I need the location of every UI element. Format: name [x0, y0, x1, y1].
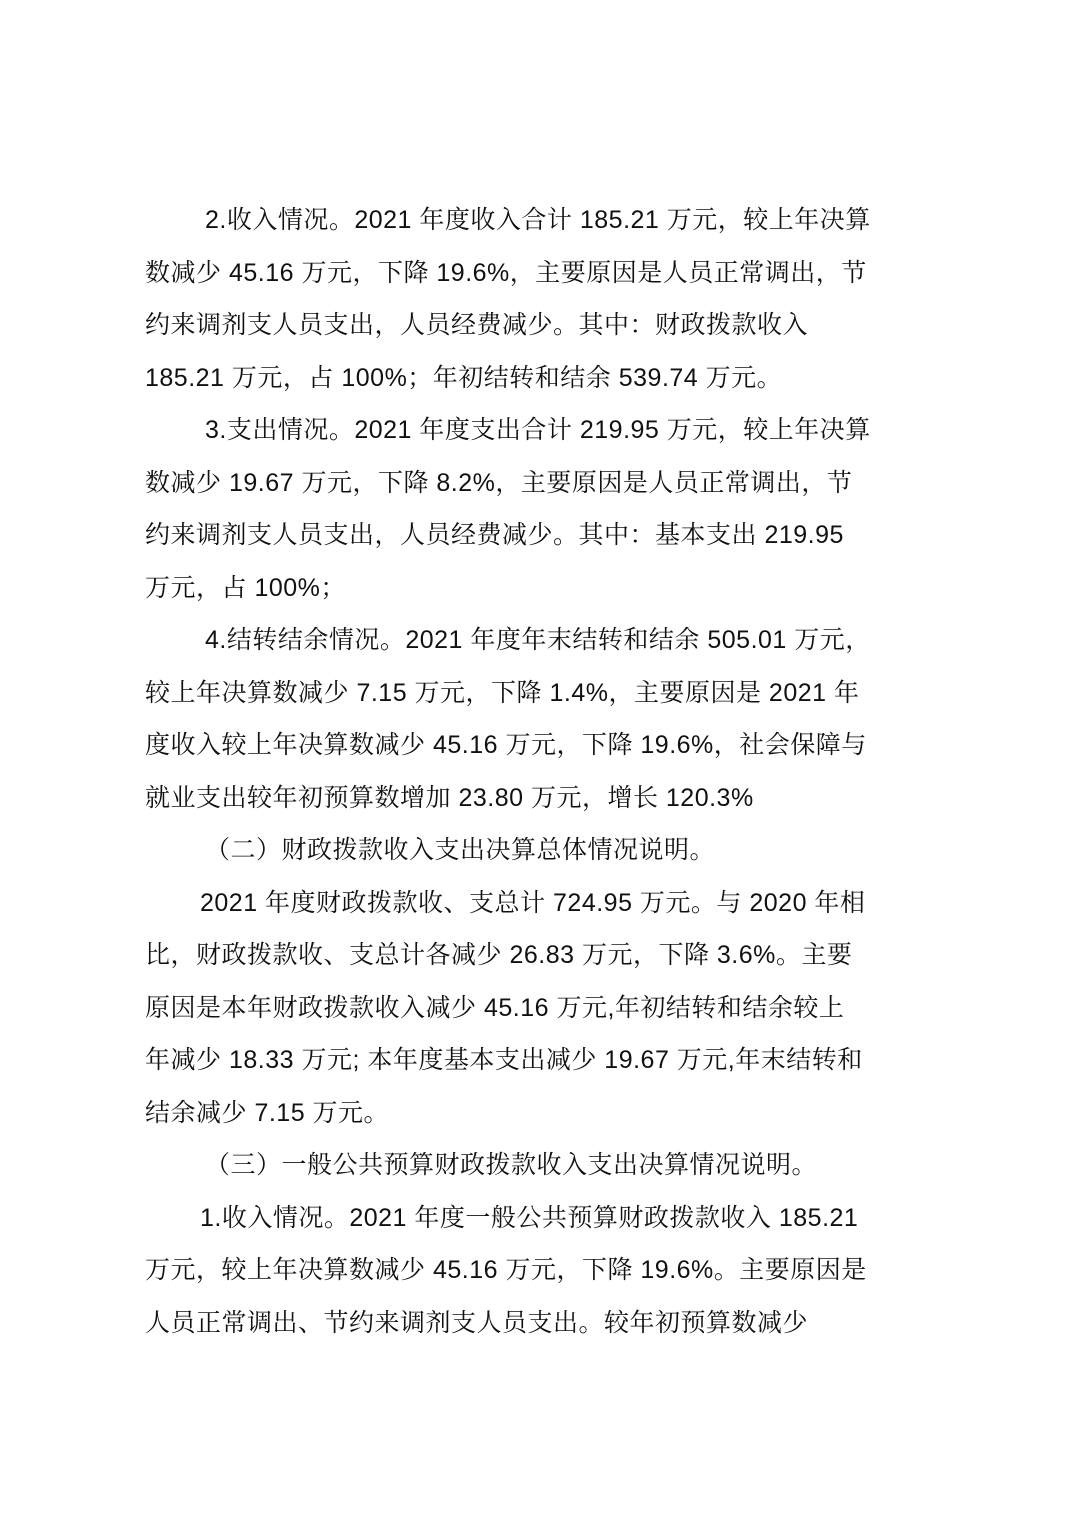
- fiscal-overall-line-4: 年减少 18.33 万元; 本年度基本支出减少 19.67 万元,年末结转和: [145, 1045, 945, 1075]
- section-heading-3: （三）一般公共预算财政拨款收入支出决算情况说明。: [205, 1150, 1005, 1180]
- document-page: 2.收入情况。2021 年度收入合计 185.21 万元，较上年决算 数减少 4…: [0, 0, 1075, 1521]
- income-line-3: 约来调剂支人员支出，人员经费减少。其中：财政拨款收入: [145, 310, 945, 340]
- fiscal-overall-line-1: 2021 年度财政拨款收、支总计 724.95 万元。与 2020 年相: [200, 888, 1000, 918]
- income-line-4: 185.21 万元，占 100%；年初结转和结余 539.74 万元。: [145, 363, 945, 393]
- income-line-2: 数减少 45.16 万元，下降 19.6%，主要原因是人员正常调出，节: [145, 258, 945, 288]
- carryover-line-3: 度收入较上年决算数减少 45.16 万元，下降 19.6%，社会保障与: [145, 730, 945, 760]
- expenditure-line-2: 数减少 19.67 万元，下降 8.2%，主要原因是人员正常调出，节: [145, 468, 945, 498]
- carryover-line-4: 就业支出较年初预算数增加 23.80 万元，增长 120.3%: [145, 783, 945, 813]
- fiscal-overall-line-3: 原因是本年财政拨款收入减少 45.16 万元,年初结转和结余较上: [145, 993, 945, 1023]
- expenditure-line-1: 3.支出情况。2021 年度支出合计 219.95 万元，较上年决算: [205, 415, 1005, 445]
- section-heading-2: （二）财政拨款收入支出决算总体情况说明。: [205, 835, 1005, 865]
- income-line-1: 2.收入情况。2021 年度收入合计 185.21 万元，较上年决算: [205, 205, 1005, 235]
- general-income-line-1: 1.收入情况。2021 年度一般公共预算财政拨款收入 185.21: [200, 1203, 1000, 1233]
- fiscal-overall-line-5: 结余减少 7.15 万元。: [145, 1098, 945, 1128]
- expenditure-line-3: 约来调剂支人员支出，人员经费减少。其中：基本支出 219.95: [145, 520, 945, 550]
- carryover-line-1: 4.结转结余情况。2021 年度年末结转和结余 505.01 万元，: [205, 625, 1005, 655]
- fiscal-overall-line-2: 比，财政拨款收、支总计各减少 26.83 万元，下降 3.6%。主要: [145, 940, 945, 970]
- carryover-line-2: 较上年决算数减少 7.15 万元，下降 1.4%，主要原因是 2021 年: [145, 678, 945, 708]
- expenditure-line-4: 万元，占 100%；: [145, 573, 945, 603]
- general-income-line-3: 人员正常调出、节约来调剂支人员支出。较年初预算数减少: [145, 1308, 945, 1338]
- general-income-line-2: 万元，较上年决算数减少 45.16 万元，下降 19.6%。主要原因是: [145, 1255, 945, 1285]
